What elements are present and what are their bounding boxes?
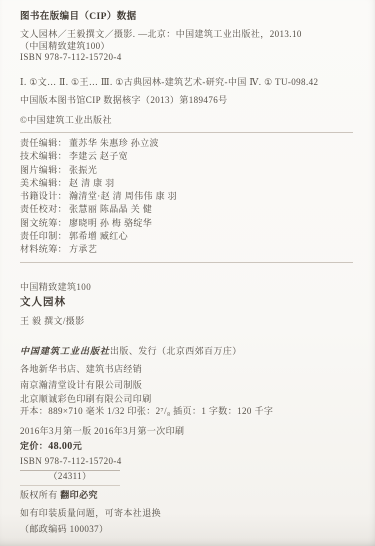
- rights-normal: 版权所有: [20, 490, 58, 500]
- credit-row: 书籍设计：瀚清堂·赵 清 周伟伟 康 羽: [20, 189, 177, 202]
- postcode-line: （邮政编码 100037）: [20, 524, 108, 535]
- cip-description: 文人园林／王毅撰文／摄影. —北京：中国建筑工业出版社，2013.10: [20, 29, 302, 40]
- credit-names: 郭希增 臧红心: [69, 231, 128, 241]
- credit-label: 责任校对：: [20, 204, 67, 214]
- publisher-line: 中国建筑工业出版社出版、发行（北京西郊百万庄）: [20, 346, 242, 357]
- divider-middle: [20, 262, 353, 263]
- isbn-line: ISBN 978-7-112-15720-4: [20, 456, 120, 471]
- credit-label: 美术编辑：: [20, 178, 67, 188]
- credit-row: 材料统筹：方承艺: [20, 242, 177, 255]
- credit-names: 瀚清堂·赵 清 周伟伟 康 羽: [69, 191, 177, 201]
- divider-top: [20, 132, 353, 133]
- credit-names: 张慧丽 陈晶晶 关 健: [69, 204, 152, 214]
- credit-label: 图文统筹：: [20, 218, 67, 228]
- colophon-page: 图书在版编目（CIP）数据 文人园林／王毅撰文／摄影. —北京：中国建筑工业出版…: [0, 0, 375, 546]
- credit-label: 技术编辑：: [20, 151, 67, 161]
- printing-line: 北京顺诚彩色印刷有限公司印刷: [20, 394, 152, 405]
- price-line: 定价：48.00元: [20, 441, 82, 452]
- credit-row: 图文统筹：廖晓明 孙 梅 骆绽华: [20, 216, 177, 229]
- credit-names: 董苏华 朱惠珍 孙立波: [69, 138, 159, 148]
- distribution-line: 各地新华书店、建筑书店经销: [20, 364, 142, 375]
- credit-row: 责任印制：郭希增 臧红心: [20, 229, 177, 242]
- credit-row: 美术编辑：赵 清 康 羽: [20, 176, 177, 189]
- credit-names: 方承艺: [69, 244, 97, 254]
- format-line: 开本：889×710 毫米 1/32 印张：2⁷/₈ 插页：1 字数：120 千…: [20, 406, 273, 417]
- credit-row: 图片编辑：张振光: [20, 163, 177, 176]
- price-unit: 元: [73, 441, 82, 451]
- return-notice: 如有印装质量问题，可寄本社退换: [20, 508, 161, 519]
- credit-label: 责任印制：: [20, 231, 67, 241]
- plate-making-line: 南京瀚清堂设计有限公司制版: [20, 380, 142, 391]
- credit-names: 廖晓明 孙 梅 骆绽华: [69, 218, 152, 228]
- credit-names: 李建云 赵子宽: [69, 151, 128, 161]
- credit-names: 张振光: [69, 165, 97, 175]
- rights-bold: 翻印必究: [60, 490, 98, 500]
- credit-row: 责任校对：张慧丽 陈晶晶 关 健: [20, 202, 177, 215]
- rights-line: 版权所有 翻印必究: [20, 490, 98, 501]
- copyright-line: ©中国建筑工业出版社: [20, 115, 112, 126]
- series-name: 中国精致建筑100: [20, 282, 91, 293]
- credit-label: 图片编辑：: [20, 165, 67, 175]
- credit-row: 责任编辑：董苏华 朱惠珍 孙立波: [20, 136, 177, 149]
- publisher-name: 中国建筑工业出版社: [20, 346, 110, 356]
- edition-line: 2016年3月第一版 2016年3月第一次印刷: [20, 426, 184, 437]
- credit-names: 赵 清 康 羽: [69, 178, 115, 188]
- credit-row: 技术编辑：李建云 赵子宽: [20, 149, 177, 162]
- author-line: 王 毅 撰文/摄影: [20, 316, 85, 327]
- price-value: 48.00: [48, 441, 73, 452]
- credit-label: 材料统筹：: [20, 244, 67, 254]
- credit-label: 责任编辑：: [20, 138, 67, 148]
- isbn-code: （24311）: [20, 471, 120, 486]
- credit-label: 书籍设计：: [20, 191, 67, 201]
- cip-classification: Ⅰ. ①文… Ⅱ. ①王… Ⅲ. ①古典园林-建筑艺术-研究-中国 Ⅳ. ① T…: [20, 77, 318, 88]
- credits-list: 责任编辑：董苏华 朱惠珍 孙立波 技术编辑：李建云 赵子宽 图片编辑：张振光 美…: [20, 136, 177, 256]
- book-title: 文人园林: [20, 297, 66, 308]
- cip-record-number: 中国版本图书馆CIP 数据核字（2013）第189476号: [20, 95, 228, 106]
- cip-isbn: ISBN 978-7-112-15720-4: [20, 52, 122, 63]
- cip-series-note: （中国精致建筑100）: [20, 41, 110, 52]
- publisher-rest: 出版、发行（北京西郊百万庄）: [110, 346, 242, 356]
- cip-heading: 图书在版编目（CIP）数据: [20, 12, 137, 23]
- price-label: 定价：: [20, 441, 48, 451]
